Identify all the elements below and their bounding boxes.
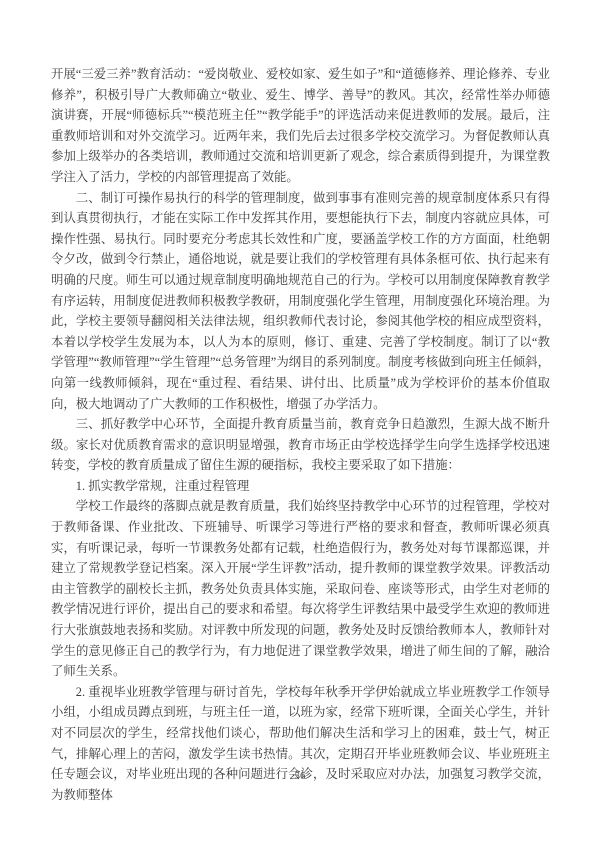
paragraph-section-2: 二、制订可操作易执行的科学的管理制度，做到事事有准则完善的规章制度体系只有得到认…	[51, 188, 550, 415]
paragraph-graduating-class: 2. 重视毕业班教学管理与研讨首先，学校每年秋季开学伊始就成立毕业班教学工作领导…	[51, 682, 550, 806]
page-number: 56	[295, 770, 306, 782]
document-page: 开展“三爱三养”教育活动：“爱岗敬业、爱校如家、爱生如子”和“道德修养、理论修养…	[0, 0, 600, 849]
page-body: 开展“三爱三养”教育活动：“爱岗敬业、爱校如家、爱生如子”和“道德修养、理论修养…	[51, 64, 550, 805]
page-footer: 56	[0, 770, 600, 782]
paragraph-continuation: 开展“三爱三养”教育活动：“爱岗敬业、爱校如家、爱生如子”和“道德修养、理论修养…	[51, 64, 550, 188]
paragraph-section-3: 三、抓好教学中心环节，全面提升教育质量当前，教育竞争日趋激烈，生源大战不断升级。…	[51, 414, 550, 476]
paragraph-teaching-routine: 学校工作最终的落脚点就是教育质量，我们始终坚持教学中心环节的过程管理，学校对于教…	[51, 496, 550, 681]
section-heading-1: 1. 抓实教学常规，注重过程管理	[51, 476, 550, 497]
